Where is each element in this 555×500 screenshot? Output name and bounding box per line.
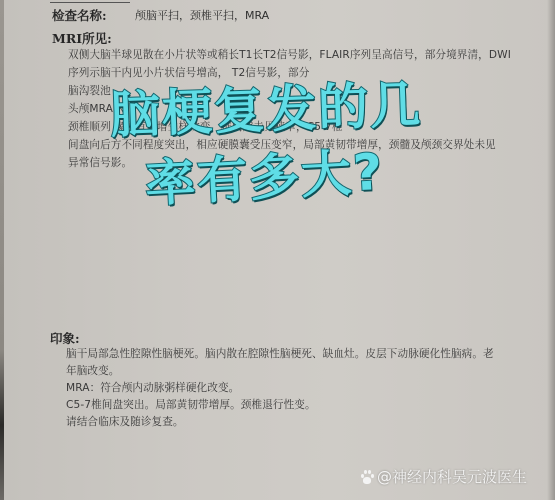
mri-finding-line: 脑沟裂池: [68, 83, 111, 98]
paper-left-edge: [0, 0, 4, 500]
impression-line: C5-7椎间盘突出。局部黄韧带增厚。颈椎退行性变。: [66, 397, 316, 412]
exam-name-value: 颅脑平扫，颈椎平扫，MRA: [135, 7, 269, 23]
impression-line: 年脑改变。: [66, 363, 119, 378]
overlay-title-line2: 率有多大?: [143, 132, 385, 216]
mri-finding-line: 异常信号影。: [68, 155, 132, 170]
impression-line: 请结合临床及随诊复查。: [66, 414, 184, 429]
paper-right-shadow: [547, 0, 555, 500]
impression-label: 印象:: [50, 329, 80, 347]
top-rule-line: [50, 2, 130, 3]
baidu-paw-icon: [360, 470, 374, 484]
impression-line: MRA：符合颅内动脉粥样硬化改变。: [66, 380, 239, 395]
watermark: @神经内科吴元波医生: [360, 466, 527, 487]
exam-name-label: 检查名称:: [52, 6, 107, 24]
mri-findings-label: MRI所见:: [52, 29, 112, 47]
impression-line: 脑干局部急性腔隙性脑梗死。脑内散在腔隙性脑梗死、缺血灶。皮层下动脉硬化性脑病。老: [66, 346, 494, 361]
mri-finding-line: 双侧大脑半球见散在小片状等或稍长T1长T2信号影，FLAIR序列呈高信号，部分境…: [68, 47, 511, 62]
watermark-text: @神经内科吴元波医生: [377, 466, 527, 487]
